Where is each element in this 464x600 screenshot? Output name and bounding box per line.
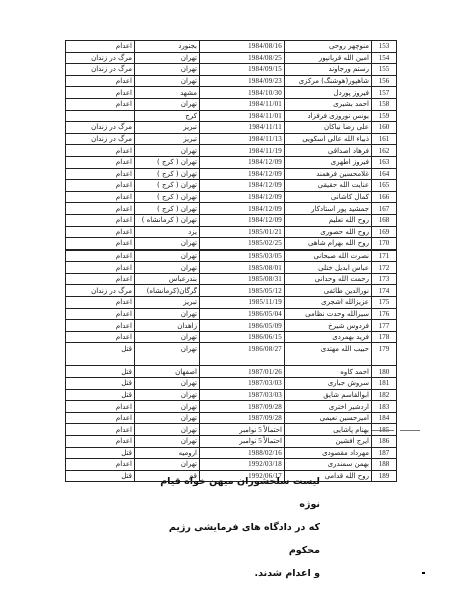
date-cell: 1992/03/18: [200, 459, 285, 471]
table-row: اعدامتهران1992/03/18بهمن سمندری188: [66, 459, 397, 471]
date-cell: 1988/02/16: [200, 447, 285, 459]
caption: لیست سلحشوران میهن خواه قیام نوژه که در …: [150, 470, 320, 585]
fate-cell: قتل: [66, 389, 135, 401]
city-cell: تهران: [135, 436, 200, 448]
name-cell: عنایت الله حقیقی: [285, 180, 372, 192]
date-cell: 1986/08/27: [200, 343, 285, 366]
date-cell: 1984/11/01: [200, 110, 285, 122]
city-cell: تهران: [135, 389, 200, 401]
date-cell: 1984/12/09: [200, 203, 285, 215]
row-number-cell: 158: [372, 98, 397, 110]
fate-cell: [66, 110, 135, 122]
row-number-cell: 162: [372, 145, 397, 157]
name-cell: شاهپور(هوشنگ) مرکزی: [285, 75, 372, 87]
date-cell: احتمالاً 5 نوامبر: [200, 424, 285, 436]
city-cell: تهران: [135, 64, 200, 76]
fate-cell: اعدام: [66, 262, 135, 274]
date-cell: 1987/09/28: [200, 401, 285, 413]
fate-cell: اعدام: [66, 226, 135, 238]
fate-cell: اعدام: [66, 41, 135, 53]
date-cell: 1984/11/11: [200, 122, 285, 134]
table-row: اعدامتهران ( کرج )1984/12/09فیروز اطهری1…: [66, 156, 397, 168]
row-number-cell: 183: [372, 401, 397, 413]
table-row: اعدامتهران ( کرج )1984/12/09جمشید پور اس…: [66, 203, 397, 215]
table-row: اعدامتهراناحتمالاً 5 نوامبرایرج افشین186: [66, 436, 397, 448]
date-cell: 1984/12/09: [200, 191, 285, 203]
city-cell: تهران ( کرج ): [135, 156, 200, 168]
fate-cell: اعدام: [66, 145, 135, 157]
city-cell: تهران: [135, 98, 200, 110]
row-number-cell: 155: [372, 64, 397, 76]
row-number-cell: 167: [372, 203, 397, 215]
table-row: اعدامتهران ( کرج )1984/12/09عنایت الله ح…: [66, 180, 397, 192]
name-cell: فردوس شیرخ: [285, 320, 372, 332]
fate-cell: اعدام: [66, 214, 135, 226]
row-number-cell: 157: [372, 87, 397, 99]
name-cell: فرید بهمردی: [285, 331, 372, 343]
date-cell: 1987/09/28: [200, 412, 285, 424]
row-number-cell: 159: [372, 110, 397, 122]
city-cell: تهران: [135, 459, 200, 471]
caption-line-2: که در دادگاه های فرمایشی رژیم محکوم: [150, 516, 320, 562]
city-cell: تهران ( کرج ): [135, 203, 200, 215]
row-number-cell: 180: [372, 366, 397, 378]
city-cell: تهران: [135, 401, 200, 413]
fate-cell: اعدام: [66, 98, 135, 110]
fate-cell: مرگ در زندان: [66, 64, 135, 76]
date-cell: 1985/08/01: [200, 262, 285, 274]
row-number-cell: 184: [372, 412, 397, 424]
name-cell: ابوالقاسم شایق: [285, 389, 372, 401]
city-cell: تهران ( کرج ): [135, 168, 200, 180]
page-mark: [422, 572, 425, 574]
city-cell: تهران: [135, 238, 200, 250]
table-row: اعدامتهران ( کرمانشاه )1984/12/09روح الل…: [66, 214, 397, 226]
date-cell: 1984/08/25: [200, 52, 285, 64]
table-row: اعدامزاهدان1986/05/09فردوس شیرخ177: [66, 320, 397, 332]
fate-cell: قتل: [66, 366, 135, 378]
table-row: اعدامتهران1986/05/04سیرالله وحدت نظامی17…: [66, 308, 397, 320]
city-cell: زاهدان: [135, 320, 200, 332]
table-row: اعدامتهران ( کرج )1984/12/09غلامحسین فره…: [66, 168, 397, 180]
fate-cell: اعدام: [66, 238, 135, 250]
row-number-cell: 163: [372, 156, 397, 168]
date-cell: 1984/10/30: [200, 87, 285, 99]
row-number-cell: 188: [372, 459, 397, 471]
table-row: اعدامتهران1984/11/19فرهاد اصداقی162: [66, 145, 397, 157]
row-number-cell: 189: [372, 470, 397, 482]
fate-cell: قتل: [66, 343, 135, 366]
document-page: اعدامبجنورد1984/08/16منوچهر روحی153مرگ د…: [0, 0, 464, 600]
row-number-cell: 156: [372, 75, 397, 87]
row-number-cell: 179: [372, 343, 397, 366]
row-number-cell: 174: [372, 285, 397, 297]
table-row: اعدامتهران1984/09/23شاهپور(هوشنگ) مرکزی1…: [66, 75, 397, 87]
name-cell: ذبیاء الله عالی اسکویی: [285, 133, 372, 145]
date-cell: 1984/12/09: [200, 214, 285, 226]
name-cell: امین الله قربانپور: [285, 52, 372, 64]
date-cell: 1984/08/16: [200, 41, 285, 53]
name-cell: احمد بشیری: [285, 98, 372, 110]
row-number-cell: 175: [372, 297, 397, 309]
city-cell: تهران: [135, 331, 200, 343]
row-number-cell: 181: [372, 378, 397, 390]
name-cell: غلامحسین فرهمند: [285, 168, 372, 180]
fate-cell: قتل: [66, 447, 135, 459]
name-cell: احمد کاوه: [285, 366, 372, 378]
fate-cell: قتل: [66, 470, 135, 482]
city-cell: تهران ( کرمانشاه ): [135, 214, 200, 226]
date-cell: 1987/03/03: [200, 378, 285, 390]
date-cell: 1984/11/19: [200, 145, 285, 157]
city-cell: تبریز: [135, 133, 200, 145]
caption-line-3: و اعدام شدند.: [150, 562, 320, 585]
name-cell: عباس ابدیل ختلی: [285, 262, 372, 274]
row-number-cell: 186: [372, 436, 397, 448]
fate-cell: اعدام: [66, 180, 135, 192]
city-cell: تهران: [135, 424, 200, 436]
city-cell: تهران: [135, 308, 200, 320]
date-cell: 1984/09/23: [200, 75, 285, 87]
date-cell: 1986/05/04: [200, 308, 285, 320]
name-cell: جمشید پور استادکار: [285, 203, 372, 215]
date-cell: 1985/05/12: [200, 285, 285, 297]
date-cell: 1986/06/15: [200, 331, 285, 343]
table-row: اعدامتبریز1985/11/19عزیزالله اشجری175: [66, 297, 397, 309]
table-row: قتلتهران1986/08/27حبیب الله مهتدی179: [66, 343, 397, 366]
date-cell: 1984/11/01: [200, 98, 285, 110]
date-cell: 1985/01/21: [200, 226, 285, 238]
city-cell: بندرعباس: [135, 273, 200, 285]
name-cell: رحمت الله وحدانی: [285, 273, 372, 285]
row-number-cell: 154: [372, 52, 397, 64]
table-row: قتلتهران1987/03/03سروش جباری181: [66, 378, 397, 390]
name-cell: فرهاد اصداقی: [285, 145, 372, 157]
table-row: اعدامتهران1985/02/25روح الله بهرام شاهی1…: [66, 238, 397, 250]
row-number-cell: 176: [372, 308, 397, 320]
city-cell: کرج: [135, 110, 200, 122]
fate-cell: اعدام: [66, 308, 135, 320]
city-cell: تهران: [135, 250, 200, 262]
row-number-cell: 166: [372, 191, 397, 203]
table-row: کرج1984/11/01یونس نوروزی فرفزاد159: [66, 110, 397, 122]
row-number-cell: 173: [372, 273, 397, 285]
table-row: مرگ در زندانتهران1984/09/15رستم ورجاوند1…: [66, 64, 397, 76]
city-cell: تبریز: [135, 297, 200, 309]
row-number-cell: 182: [372, 389, 397, 401]
date-cell: 1984/12/09: [200, 168, 285, 180]
date-cell: 1984/12/09: [200, 156, 285, 168]
city-cell: تهران ( کرج ): [135, 180, 200, 192]
table-row: مرگ در زندانگرگان(کرمانشاه)1985/05/12نور…: [66, 285, 397, 297]
table-row: قتلارومیه1988/02/16مهرداد مقصودی187: [66, 447, 397, 459]
fate-cell: قتل: [66, 378, 135, 390]
fate-cell: اعدام: [66, 168, 135, 180]
fate-cell: اعدام: [66, 320, 135, 332]
fate-cell: اعدام: [66, 424, 135, 436]
table-row: اعدامتهران1985/03/05نصرت الله صبحانی171: [66, 250, 397, 262]
city-cell: یزد: [135, 226, 200, 238]
name-cell: بهنام پاشایی: [285, 424, 372, 436]
city-cell: بجنورد: [135, 41, 200, 53]
city-cell: تهران: [135, 75, 200, 87]
fate-cell: اعدام: [66, 412, 135, 424]
name-cell: کمال کاشانی: [285, 191, 372, 203]
name-cell: سروش جباری: [285, 378, 372, 390]
row-number-cell: 153: [372, 41, 397, 53]
table-row: اعدامتهران ( کرج )1984/12/09کمال کاشانی1…: [66, 191, 397, 203]
name-cell: روح الله بهرام شاهی: [285, 238, 372, 250]
name-cell: حبیب الله مهتدی: [285, 343, 372, 366]
fate-cell: مرگ در زندان: [66, 52, 135, 64]
date-cell: 1984/11/13: [200, 133, 285, 145]
name-cell: عزیزالله اشجری: [285, 297, 372, 309]
name-cell: نصرت الله صبحانی: [285, 250, 372, 262]
table-row: مرگ در زندانتبریز1984/11/13ذبیاء الله عا…: [66, 133, 397, 145]
row-number-cell: 171: [372, 250, 397, 262]
row-number-cell: 160: [372, 122, 397, 134]
name-cell: بهمن سمندری: [285, 459, 372, 471]
fate-cell: اعدام: [66, 273, 135, 285]
city-cell: ارومیه: [135, 447, 200, 459]
row-number-cell: 164: [372, 168, 397, 180]
fate-cell: اعدام: [66, 331, 135, 343]
name-cell: فیروز پوردل: [285, 87, 372, 99]
fate-cell: مرگ در زندان: [66, 122, 135, 134]
date-cell: 1987/03/03: [200, 389, 285, 401]
table-row: اعداممشهد1984/10/30فیروز پوردل157: [66, 87, 397, 99]
fate-cell: اعدام: [66, 87, 135, 99]
table-row: اعدامبندرعباس1985/08/31رحمت الله وحدانی1…: [66, 273, 397, 285]
row-number-cell: 170: [372, 238, 397, 250]
row-number-cell: 161: [372, 133, 397, 145]
name-cell: مهرداد مقصودی: [285, 447, 372, 459]
caption-line-1: لیست سلحشوران میهن خواه قیام نوژه: [150, 470, 320, 516]
city-cell: تهران: [135, 412, 200, 424]
date-cell: 1985/08/31: [200, 273, 285, 285]
fate-cell: مرگ در زندان: [66, 285, 135, 297]
city-cell: تهران: [135, 52, 200, 64]
name-cell: یونس نوروزی فرفزاد: [285, 110, 372, 122]
fate-cell: اعدام: [66, 156, 135, 168]
city-cell: تهران: [135, 145, 200, 157]
date-cell: احتمالاً 5 نوامبر: [200, 436, 285, 448]
city-cell: اصفهان: [135, 366, 200, 378]
city-cell: تهران ( کرج ): [135, 191, 200, 203]
row-number-cell: 178: [372, 331, 397, 343]
city-cell: تهران: [135, 262, 200, 274]
fate-cell: اعدام: [66, 436, 135, 448]
table-row: اعدامتهران1987/09/28اردشیر اختری183: [66, 401, 397, 413]
fate-cell: اعدام: [66, 459, 135, 471]
table-row: اعدامتهران1984/11/01احمد بشیری158: [66, 98, 397, 110]
name-cell: سیرالله وحدت نظامی: [285, 308, 372, 320]
fate-cell: اعدام: [66, 203, 135, 215]
name-cell: اردشیر اختری: [285, 401, 372, 413]
city-cell: تبریز: [135, 122, 200, 134]
fate-cell: اعدام: [66, 75, 135, 87]
date-cell: 1986/05/09: [200, 320, 285, 332]
city-cell: تهران: [135, 343, 200, 366]
date-cell: 1984/12/09: [200, 180, 285, 192]
city-cell: گرگان(کرمانشاه): [135, 285, 200, 297]
name-cell: روح الله حصوری: [285, 226, 372, 238]
name-cell: روح الله تعلیم: [285, 214, 372, 226]
table-row: اعدامبجنورد1984/08/16منوچهر روحی153: [66, 41, 397, 53]
table-row: اعدامیزد1985/01/21روح الله حصوری169: [66, 226, 397, 238]
row-number-cell: 169: [372, 226, 397, 238]
name-cell: رستم ورجاوند: [285, 64, 372, 76]
city-cell: مشهد: [135, 87, 200, 99]
row-number-cell: 177: [372, 320, 397, 332]
name-cell: منوچهر روحی: [285, 41, 372, 53]
table-row: قتلتهران1987/03/03ابوالقاسم شایق182: [66, 389, 397, 401]
name-cell: فیروز اطهری: [285, 156, 372, 168]
table-row: اعدامتهران1987/09/28امیرحسین نعیمی184: [66, 412, 397, 424]
name-cell: امیرحسین نعیمی: [285, 412, 372, 424]
records-table-body: اعدامبجنورد1984/08/16منوچهر روحی153مرگ د…: [66, 41, 397, 482]
fate-cell: اعدام: [66, 250, 135, 262]
table-row: اعدامتهران1986/06/15فرید بهمردی178: [66, 331, 397, 343]
row-number-cell: 187: [372, 447, 397, 459]
date-cell: 1987/01/26: [200, 366, 285, 378]
date-cell: 1985/03/05: [200, 250, 285, 262]
table-row: مرگ در زندانتهران1984/08/25امین الله قرب…: [66, 52, 397, 64]
fate-cell: اعدام: [66, 191, 135, 203]
row-number-cell: 165: [372, 180, 397, 192]
row-number-cell: 168: [372, 214, 397, 226]
row-number-cell: 172: [372, 262, 397, 274]
date-cell: 1985/11/19: [200, 297, 285, 309]
fate-cell: اعدام: [66, 297, 135, 309]
date-cell: 1985/02/25: [200, 238, 285, 250]
table-row: اعدامتهران1985/08/01عباس ابدیل ختلی172: [66, 262, 397, 274]
separator-rule: [372, 430, 394, 431]
name-cell: علی رضا نیاکان: [285, 122, 372, 134]
name-cell: ایرج افشین: [285, 436, 372, 448]
records-table: اعدامبجنورد1984/08/16منوچهر روحی153مرگ د…: [65, 40, 397, 482]
fate-cell: مرگ در زندان: [66, 133, 135, 145]
table-row: اعدامتهراناحتمالاً 5 نوامبربهنام پاشایی1…: [66, 424, 397, 436]
name-cell: نورالدین طائفی: [285, 285, 372, 297]
date-cell: 1984/09/15: [200, 64, 285, 76]
city-cell: تهران: [135, 378, 200, 390]
table-row: مرگ در زندانتبریز1984/11/11علی رضا نیاکا…: [66, 122, 397, 134]
separator-rule: [400, 430, 420, 431]
fate-cell: اعدام: [66, 401, 135, 413]
table-row: قتلاصفهان1987/01/26احمد کاوه180: [66, 366, 397, 378]
